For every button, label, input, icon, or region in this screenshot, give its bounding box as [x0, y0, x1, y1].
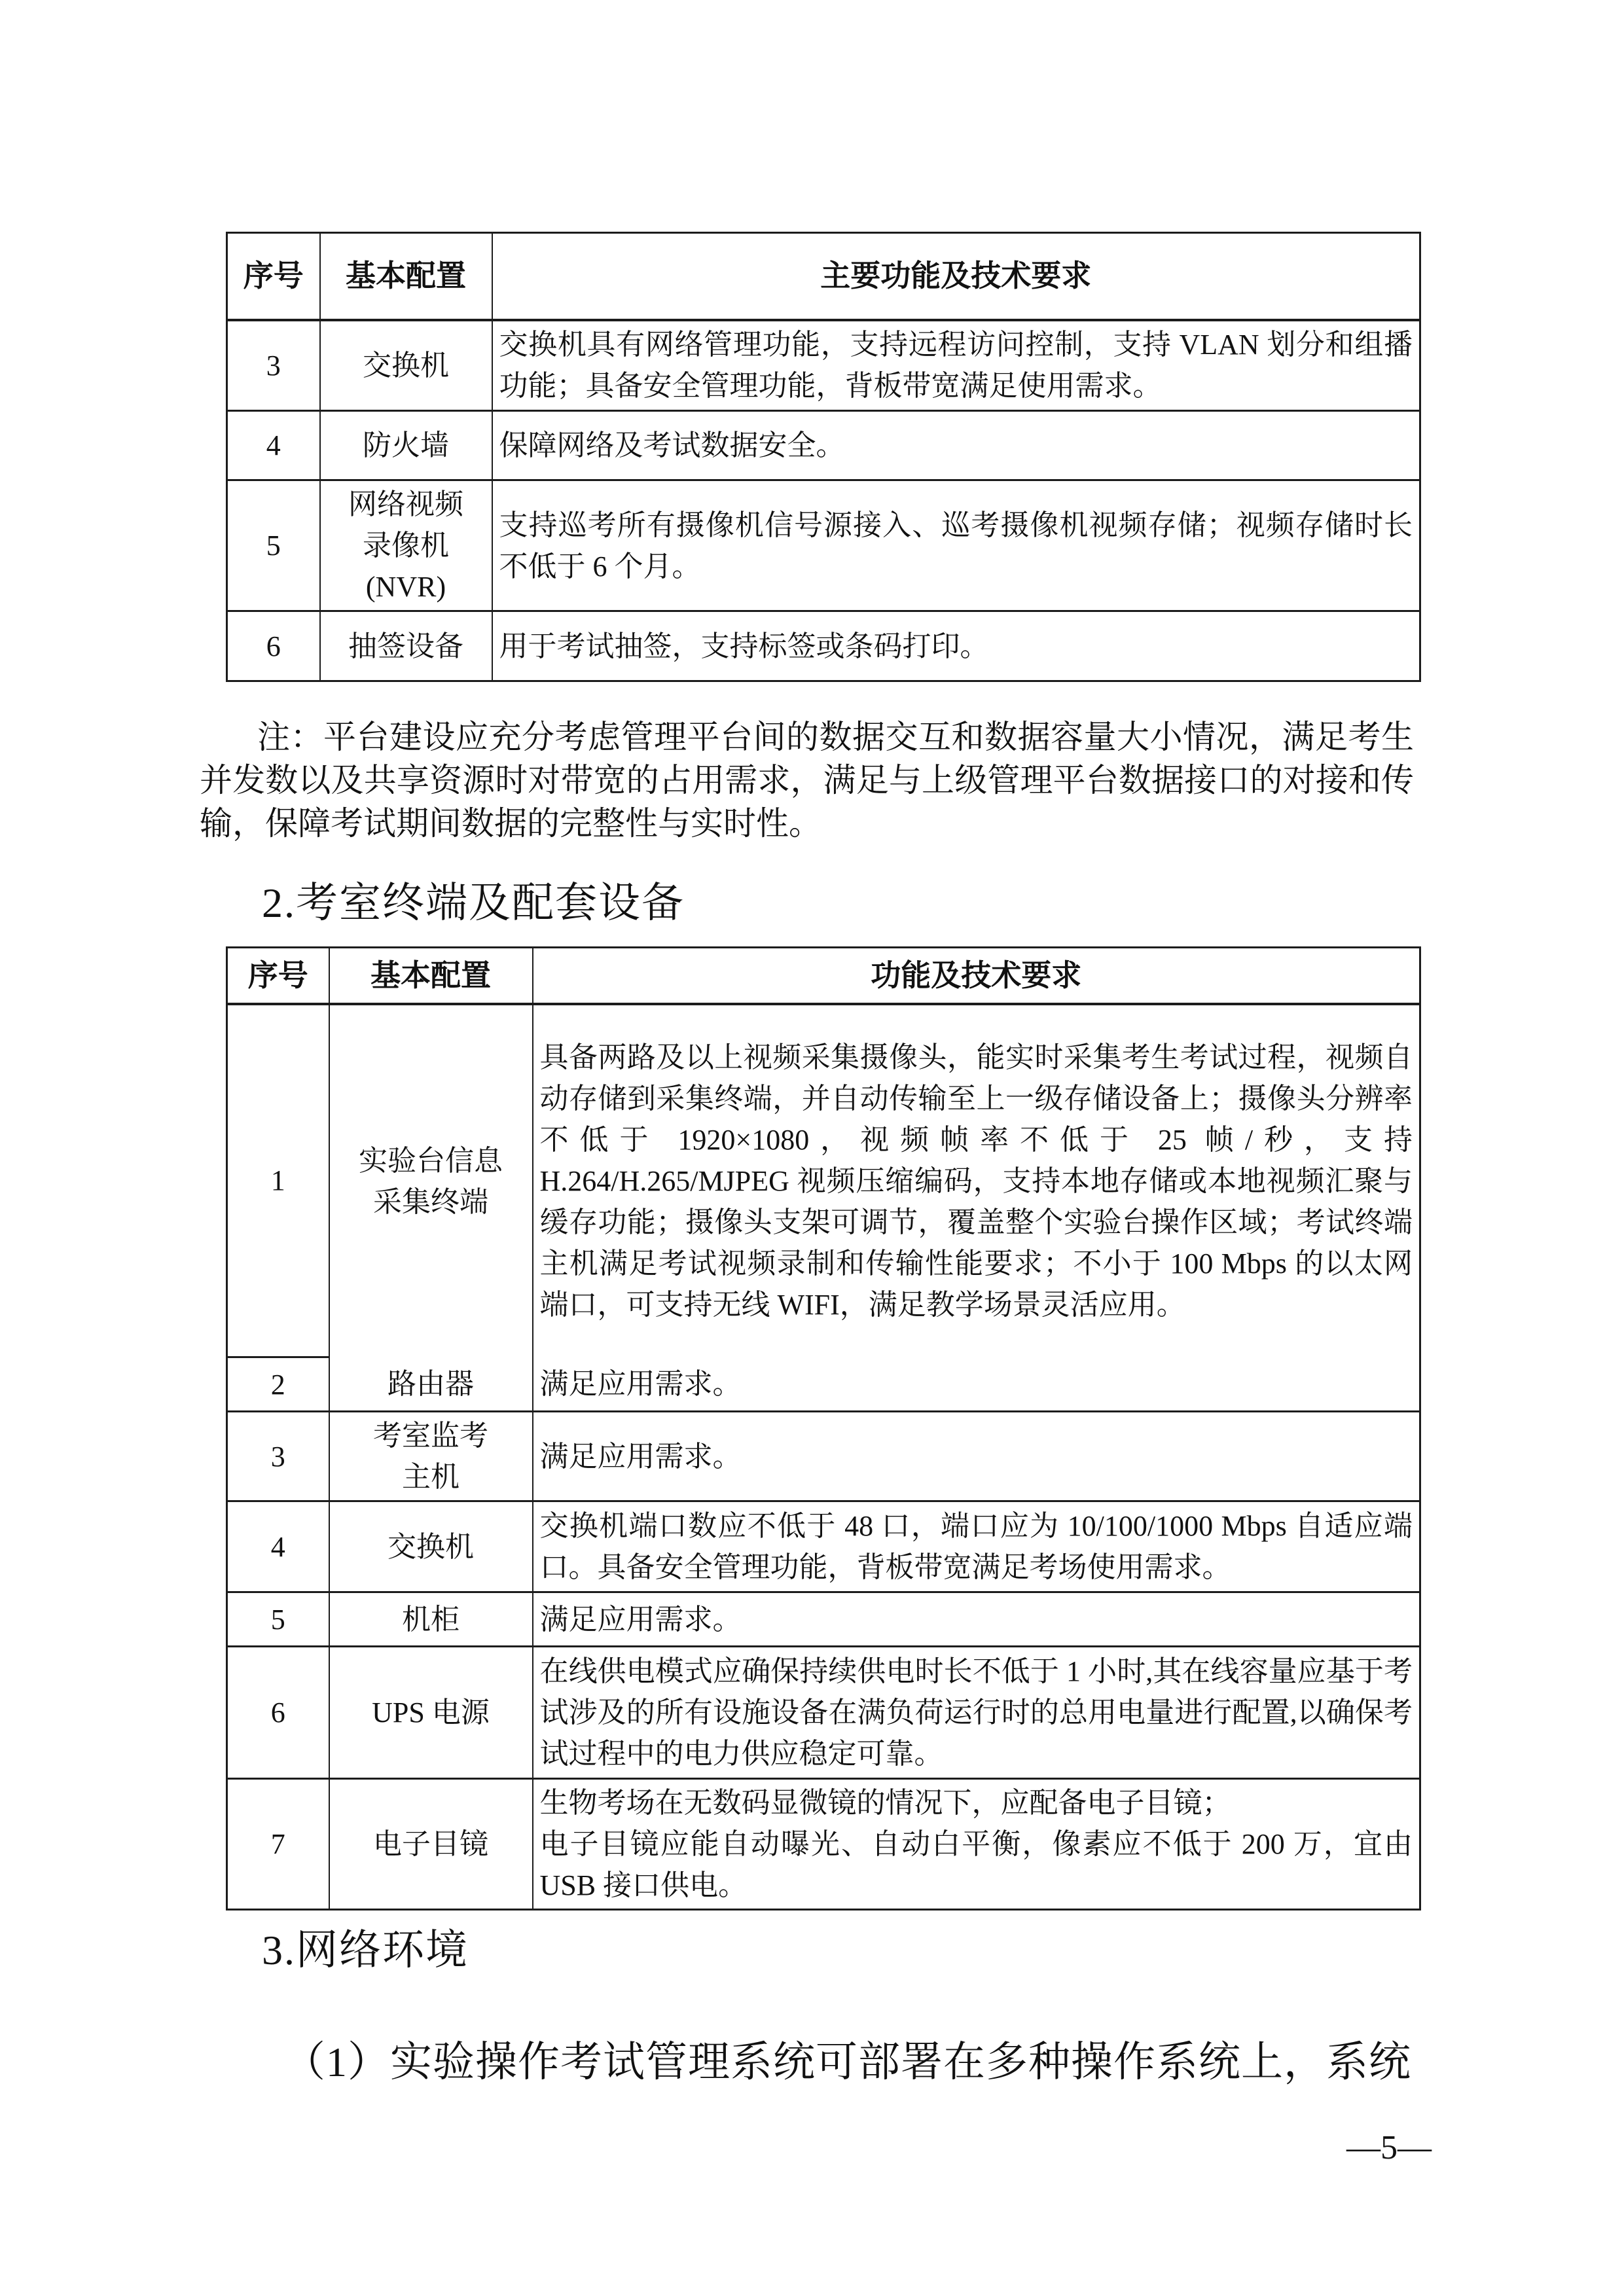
row-number-cell: 2: [227, 1357, 329, 1412]
platform-equipment-table: 序号 基本配置 主要功能及技术要求 3 交换机 交换机具有网络管理功能，支持远程…: [226, 232, 1421, 682]
row-number-cell: 4: [227, 1501, 329, 1592]
row-number-cell: 3: [227, 320, 320, 411]
section-3-heading: 3.网络环境: [200, 1925, 1414, 1976]
requirements-cell: 满足应用需求。: [533, 1412, 1420, 1501]
requirements-cell: 满足应用需求。: [533, 1592, 1420, 1647]
table-row: 5 机柜 满足应用需求。: [227, 1592, 1420, 1647]
table-row: 6 抽签设备 用于考试抽签，支持标签或条码打印。: [227, 611, 1420, 681]
header-main-requirements: 主要功能及技术要求: [492, 233, 1420, 320]
config-name-cell: 路由器: [329, 1357, 533, 1412]
exam-room-equipment-table: 序号 基本配置 功能及技术要求 1 实验台信息 采集终端 具备两路及以上视频采集…: [226, 946, 1421, 1910]
row-number-cell: 6: [227, 611, 320, 681]
table-row: 3 考室监考 主机 满足应用需求。: [227, 1412, 1420, 1501]
requirements-cell: 交换机端口数应不低于 48 口，端口应为 10/100/1000 Mbps 自适…: [533, 1501, 1420, 1592]
config-name-cell: 机柜: [329, 1592, 533, 1647]
header-requirements: 功能及技术要求: [533, 948, 1420, 1004]
requirements-cell: 保障网络及考试数据安全。: [492, 411, 1420, 480]
row-number-cell: 5: [227, 480, 320, 611]
row-number-cell: 7: [227, 1779, 329, 1910]
table-row: 3 交换机 交换机具有网络管理功能，支持远程访问控制，支持 VLAN 划分和组播…: [227, 320, 1420, 411]
table-row: 1 实验台信息 采集终端 具备两路及以上视频采集摄像头，能实时采集考生考试过程，…: [227, 1004, 1420, 1357]
row-number-cell: 6: [227, 1647, 329, 1779]
config-name-cell: 实验台信息 采集终端: [329, 1004, 533, 1357]
requirements-cell: 生物考场在无数码显微镜的情况下，应配备电子目镜； 电子目镜应能自动曝光、自动白平…: [533, 1779, 1420, 1910]
requirements-cell: 交换机具有网络管理功能，支持远程访问控制，支持 VLAN 划分和组播功能；具备安…: [492, 320, 1420, 411]
requirements-cell: 具备两路及以上视频采集摄像头，能实时采集考生考试过程，视频自动存储到采集终端，并…: [533, 1004, 1420, 1357]
config-name-cell: 交换机: [329, 1501, 533, 1592]
section-2-heading: 2.考室终端及配套设备: [200, 878, 1414, 929]
table-row: 5 网络视频 录像机 (NVR) 支持巡考所有摄像机信号源接入、巡考摄像机视频存…: [227, 480, 1420, 611]
requirements-cell: 满足应用需求。: [533, 1357, 1420, 1412]
requirements-cell: 用于考试抽签，支持标签或条码打印。: [492, 611, 1420, 681]
network-environment-paragraph: （1）实验操作考试管理系统可部署在多种操作系统上，系统: [200, 2036, 1414, 2089]
table-row: 6 UPS 电源 在线供电模式应确保持续供电时长不低于 1 小时,其在线容量应基…: [227, 1647, 1420, 1779]
table-row: 7 电子目镜 生物考场在无数码显微镜的情况下，应配备电子目镜； 电子目镜应能自动…: [227, 1779, 1420, 1910]
table-row: 4 交换机 交换机端口数应不低于 48 口，端口应为 10/100/1000 M…: [227, 1501, 1420, 1592]
row-number-cell: 1: [227, 1004, 329, 1357]
table-row: 4 防火墙 保障网络及考试数据安全。: [227, 411, 1420, 480]
table-header-row: 序号 基本配置 功能及技术要求: [227, 948, 1420, 1004]
row-number-cell: 5: [227, 1592, 329, 1647]
row-number-cell: 4: [227, 411, 320, 480]
config-name-cell: 抽签设备: [320, 611, 492, 681]
document-page: 序号 基本配置 主要功能及技术要求 3 交换机 交换机具有网络管理功能，支持远程…: [0, 0, 1624, 2296]
config-name-cell: 交换机: [320, 320, 492, 411]
page-number: —5—: [1346, 2128, 1432, 2168]
requirements-cell: 支持巡考所有摄像机信号源接入、巡考摄像机视频存储；视频存储时长不低于 6 个月。: [492, 480, 1420, 611]
header-basic-config: 基本配置: [329, 948, 533, 1004]
requirements-cell: 在线供电模式应确保持续供电时长不低于 1 小时,其在线容量应基于考试涉及的所有设…: [533, 1647, 1420, 1779]
config-name-cell: 电子目镜: [329, 1779, 533, 1910]
row-number-cell: 3: [227, 1412, 329, 1501]
config-name-cell: UPS 电源: [329, 1647, 533, 1779]
header-basic-config: 基本配置: [320, 233, 492, 320]
config-name-cell: 防火墙: [320, 411, 492, 480]
table-row: 2 路由器 满足应用需求。: [227, 1357, 1420, 1412]
note-paragraph: 注：平台建设应充分考虑管理平台间的数据交互和数据容量大小情况，满足考生并发数以及…: [200, 715, 1414, 845]
table-header-row: 序号 基本配置 主要功能及技术要求: [227, 233, 1420, 320]
config-name-cell: 网络视频 录像机 (NVR): [320, 480, 492, 611]
document-content: 序号 基本配置 主要功能及技术要求 3 交换机 交换机具有网络管理功能，支持远程…: [200, 0, 1414, 2130]
header-serial-number: 序号: [227, 233, 320, 320]
config-name-cell: 考室监考 主机: [329, 1412, 533, 1501]
header-serial-number: 序号: [227, 948, 329, 1004]
